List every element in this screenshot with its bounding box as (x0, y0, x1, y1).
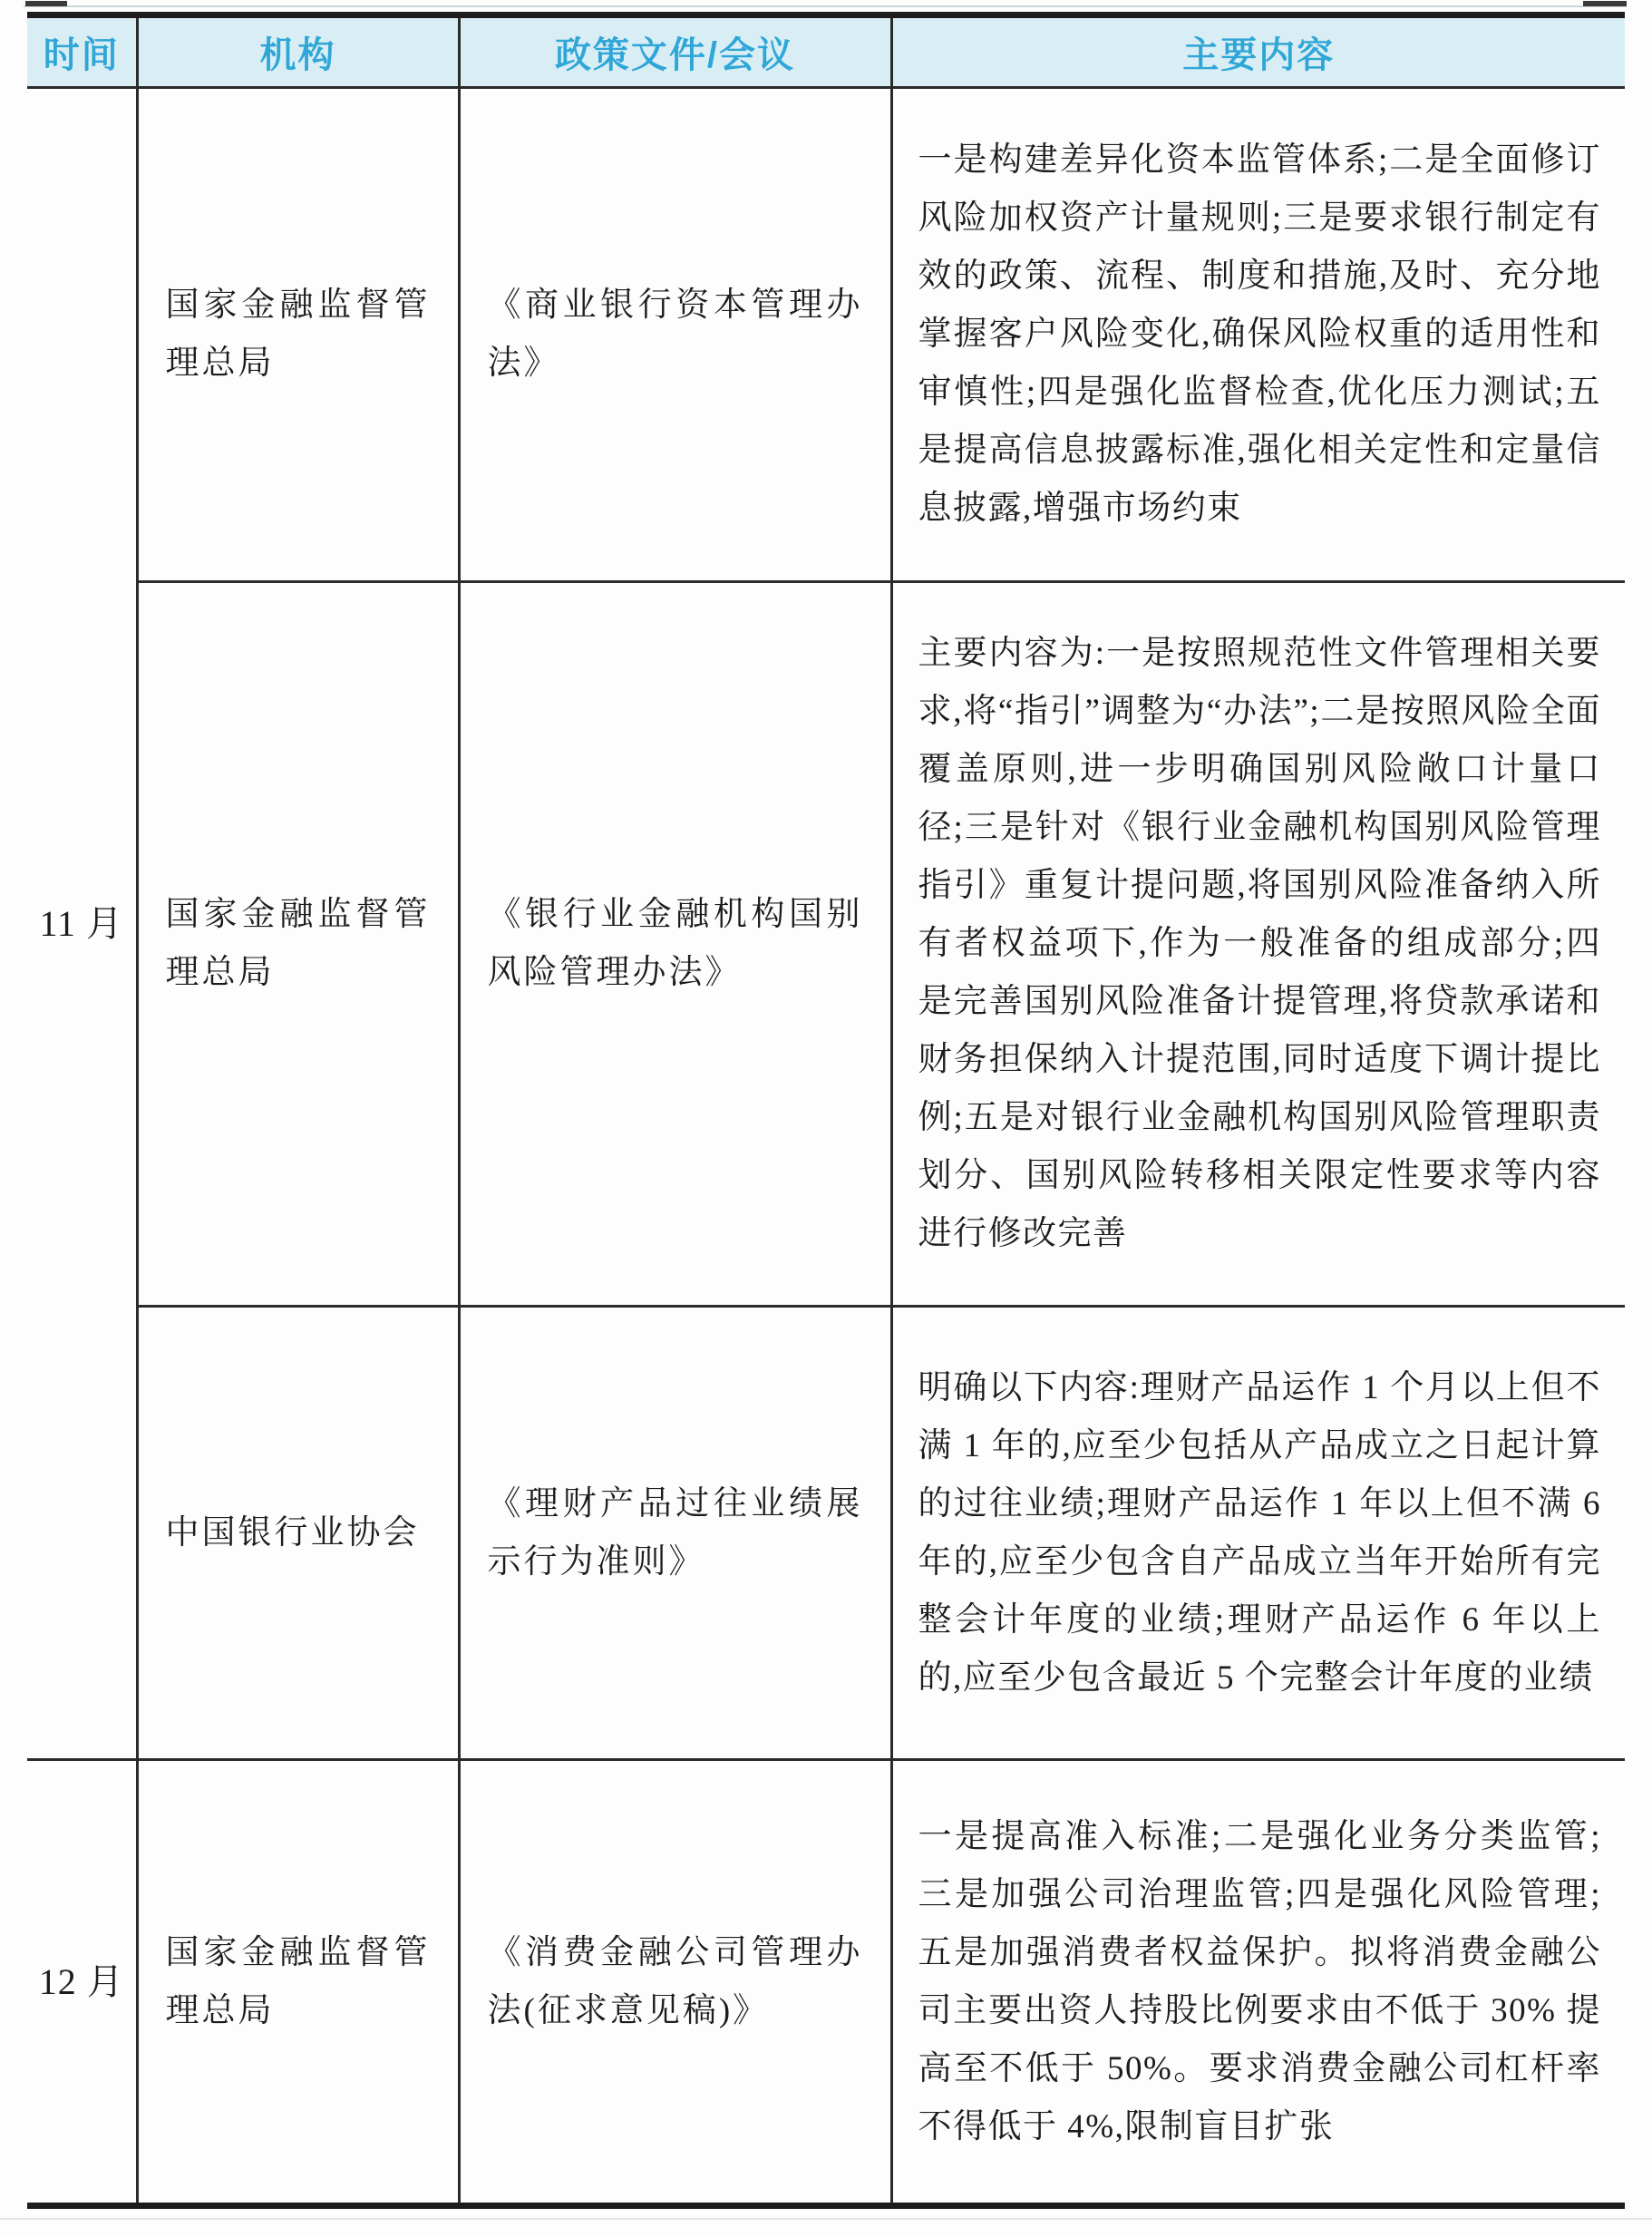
cell-time-december: 12 月 (27, 1760, 137, 2206)
cell-org: 国家金融监督管理总局 (137, 1760, 459, 2206)
cell-org: 国家金融监督管理总局 (137, 88, 459, 582)
cell-org: 中国银行业协会 (137, 1307, 459, 1760)
col-header-org: 机构 (137, 15, 459, 88)
table-header-row: 时间 机构 政策文件/会议 主要内容 (27, 15, 1625, 88)
cell-content: 一是提高准入标准;二是强化业务分类监管;三是加强公司治理监管;四是强化风险管理;… (891, 1760, 1625, 2206)
cell-time-november: 11 月 (27, 88, 137, 1760)
cell-policy: 《理财产品过往业绩展示行为准则》 (459, 1307, 891, 1760)
cell-policy: 《消费金融公司管理办法(征求意见稿)》 (459, 1760, 891, 2206)
page-top-hairline (24, 5, 1627, 7)
table-row: 12 月 国家金融监督管理总局 《消费金融公司管理办法(征求意见稿)》 一是提高… (27, 1760, 1625, 2206)
cell-content: 一是构建差异化资本监管体系;二是全面修订风险加权资产计量规则;三是要求银行制定有… (891, 88, 1625, 582)
page-bottom-hairline (0, 2218, 1652, 2220)
col-header-time: 时间 (27, 15, 137, 88)
table-row: 11 月 国家金融监督管理总局 《商业银行资本管理办法》 一是构建差异化资本监管… (27, 88, 1625, 582)
cell-org: 国家金融监督管理总局 (137, 582, 459, 1307)
policy-table: 时间 机构 政策文件/会议 主要内容 11 月 国家金融监督管理总局 《商业银行… (27, 12, 1625, 2209)
table-row: 国家金融监督管理总局 《银行业金融机构国别风险管理办法》 主要内容为:一是按照规… (27, 582, 1625, 1307)
col-header-policy: 政策文件/会议 (459, 15, 891, 88)
table-row: 中国银行业协会 《理财产品过往业绩展示行为准则》 明确以下内容:理财产品运作 1… (27, 1307, 1625, 1760)
cell-content: 明确以下内容:理财产品运作 1 个月以上但不满 1 年的,应至少包括从产品成立之… (891, 1307, 1625, 1760)
page-top-right-mark (1583, 1, 1627, 6)
cell-content: 主要内容为:一是按照规范性文件管理相关要求,将“指引”调整为“办法”;二是按照风… (891, 582, 1625, 1307)
cell-policy: 《商业银行资本管理办法》 (459, 88, 891, 582)
col-header-content: 主要内容 (891, 15, 1625, 88)
cell-policy: 《银行业金融机构国别风险管理办法》 (459, 582, 891, 1307)
page-top-left-mark (25, 1, 67, 6)
